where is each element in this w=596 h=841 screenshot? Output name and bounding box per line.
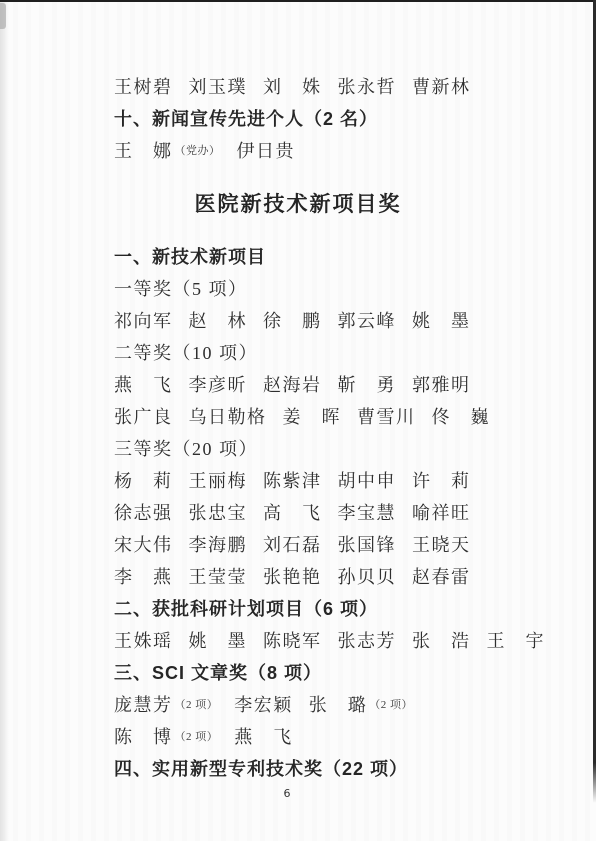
name-item: 王晓天	[412, 531, 471, 557]
person-name: 郭雅明	[412, 371, 471, 397]
names-row: 宋大伟李海鹏刘石磊张国锋王晓天	[114, 528, 556, 560]
name-note: （2 项）	[369, 696, 413, 712]
person-name: 佟 巍	[432, 403, 491, 429]
name-item: 曹雪川	[357, 403, 416, 429]
award-tier-label: 二等奖（10 项）	[114, 336, 556, 368]
name-item: 陈紫津	[263, 467, 322, 493]
name-item: 李彦昕	[189, 371, 248, 397]
name-item: 赵 林	[189, 307, 248, 333]
names-row: 祁向军赵 林徐 鹏郭云峰姚 墨	[114, 304, 556, 336]
person-name: 靳 勇	[338, 371, 397, 397]
scanned-document-page: 王树碧刘玉璞刘 姝张永哲曹新林十、新闻宣传先进个人（2 名）王 娜（党办）伊日贵…	[0, 0, 596, 841]
person-name: 曹雪川	[357, 403, 416, 429]
person-name: 张 璐	[309, 691, 368, 717]
scan-smudge	[0, 3, 6, 29]
person-name: 宋大伟	[114, 531, 173, 557]
name-item: 张志芳	[338, 627, 397, 653]
name-item: 王 宇	[487, 627, 546, 653]
person-name: 燕 飞	[234, 723, 293, 749]
name-item: 许 莉	[412, 467, 471, 493]
person-name: 陈 博	[114, 723, 173, 749]
person-name: 姚 墨	[189, 627, 248, 653]
document-body: 王树碧刘玉璞刘 姝张永哲曹新林十、新闻宣传先进个人（2 名）王 娜（党办）伊日贵…	[114, 70, 556, 784]
name-item: 伊日贵	[237, 137, 296, 163]
name-item: 燕 飞	[234, 723, 293, 749]
person-name: 王莹莹	[189, 563, 248, 589]
name-item: 郭雅明	[412, 371, 471, 397]
name-item: 庞慧芳（2 项）	[114, 691, 218, 717]
person-name: 胡中申	[338, 467, 397, 493]
name-item: 张忠宝	[189, 499, 248, 525]
page-number: 6	[0, 787, 585, 800]
person-name: 张广良	[114, 403, 173, 429]
names-row: 王 娜（党办）伊日贵	[114, 134, 556, 166]
name-item: 祁向军	[114, 307, 173, 333]
person-name: 张 浩	[412, 627, 471, 653]
name-item: 李 燕	[114, 563, 173, 589]
names-row: 杨 莉王丽梅陈紫津胡中申许 莉	[114, 464, 556, 496]
person-name: 王 宇	[487, 627, 546, 653]
name-item: 刘玉璞	[189, 73, 248, 99]
name-item: 胡中申	[338, 467, 397, 493]
person-name: 喻祥旺	[412, 499, 471, 525]
name-item: 李宏颖	[234, 691, 293, 717]
person-name: 孙贝贝	[338, 563, 397, 589]
person-name: 乌日勒格	[189, 403, 267, 429]
name-note: （党办）	[175, 142, 221, 158]
person-name: 刘 姝	[263, 73, 322, 99]
person-name: 姚 墨	[412, 307, 471, 333]
person-name: 赵海岩	[263, 371, 322, 397]
person-name: 曹新林	[412, 73, 471, 99]
name-item: 孙贝贝	[338, 563, 397, 589]
name-item: 张艳艳	[263, 563, 322, 589]
section-header: 三、SCI 文章奖（8 项）	[114, 656, 556, 688]
person-name: 王树碧	[114, 73, 173, 99]
name-item: 曹新林	[412, 73, 471, 99]
name-item: 王 娜（党办）	[114, 137, 221, 163]
name-item: 佟 巍	[432, 403, 491, 429]
name-item: 高 飞	[263, 499, 322, 525]
section-header-text: 一、新技术新项目	[114, 243, 266, 269]
person-name: 张艳艳	[263, 563, 322, 589]
person-name: 赵春雷	[412, 563, 471, 589]
person-name: 赵 林	[189, 307, 248, 333]
name-item: 姜 晖	[283, 403, 342, 429]
name-item: 燕 飞	[114, 371, 173, 397]
name-item: 靳 勇	[338, 371, 397, 397]
names-row: 庞慧芳（2 项）李宏颖张 璐（2 项）	[114, 688, 556, 720]
person-name: 王姝瑶	[114, 627, 173, 653]
person-name: 伊日贵	[237, 137, 296, 163]
section-header: 十、新闻宣传先进个人（2 名）	[114, 102, 556, 134]
award-tier-text: 三等奖（20 项）	[114, 435, 258, 461]
name-item: 姚 墨	[189, 627, 248, 653]
name-item: 赵春雷	[412, 563, 471, 589]
names-row: 张广良乌日勒格姜 晖曹雪川佟 巍	[114, 400, 556, 432]
section-header: 四、实用新型专利技术奖（22 项）	[114, 752, 556, 784]
section-header: 二、获批科研计划项目（6 项）	[114, 592, 556, 624]
person-name: 郭云峰	[338, 307, 397, 333]
name-note: （2 项）	[175, 728, 219, 744]
name-item: 喻祥旺	[412, 499, 471, 525]
person-name: 张志芳	[338, 627, 397, 653]
person-name: 陈晓军	[263, 627, 322, 653]
name-item: 宋大伟	[114, 531, 173, 557]
document-title-row: 医院新技术新项目奖	[0, 166, 596, 240]
name-item: 徐志强	[114, 499, 173, 525]
person-name: 李海鹏	[189, 531, 248, 557]
names-row: 李 燕王莹莹张艳艳孙贝贝赵春雷	[114, 560, 556, 592]
name-item: 姚 墨	[412, 307, 471, 333]
names-row: 燕 飞李彦昕赵海岩靳 勇郭雅明	[114, 368, 556, 400]
person-name: 李彦昕	[189, 371, 248, 397]
names-row: 徐志强张忠宝高 飞李宝慧喻祥旺	[114, 496, 556, 528]
section-header-text: 二、获批科研计划项目（6 项）	[114, 595, 378, 621]
name-item: 张 浩	[412, 627, 471, 653]
award-tier-text: 二等奖（10 项）	[114, 339, 258, 365]
person-name: 燕 飞	[114, 371, 173, 397]
name-item: 张广良	[114, 403, 173, 429]
section-header-text: 四、实用新型专利技术奖（22 项）	[114, 755, 408, 781]
names-row: 王树碧刘玉璞刘 姝张永哲曹新林	[114, 70, 556, 102]
award-tier-label: 三等奖（20 项）	[114, 432, 556, 464]
name-item: 杨 莉	[114, 467, 173, 493]
name-item: 徐 鹏	[263, 307, 322, 333]
person-name: 李宝慧	[338, 499, 397, 525]
person-name: 张国锋	[338, 531, 397, 557]
person-name: 徐志强	[114, 499, 173, 525]
person-name: 李 燕	[114, 563, 173, 589]
person-name: 刘玉璞	[189, 73, 248, 99]
names-row: 陈 博（2 项）燕 飞	[114, 720, 556, 752]
person-name: 李宏颖	[234, 691, 293, 717]
name-item: 陈晓军	[263, 627, 322, 653]
name-item: 李海鹏	[189, 531, 248, 557]
person-name: 刘石磊	[263, 531, 322, 557]
names-row: 王姝瑶姚 墨陈晓军张志芳张 浩王 宇	[114, 624, 556, 656]
person-name: 王晓天	[412, 531, 471, 557]
name-item: 陈 博（2 项）	[114, 723, 218, 749]
person-name: 姜 晖	[283, 403, 342, 429]
name-item: 郭云峰	[338, 307, 397, 333]
section-header-text: 三、SCI 文章奖（8 项）	[114, 659, 322, 685]
scan-edge-top	[0, 0, 596, 2]
person-name: 陈紫津	[263, 467, 322, 493]
person-name: 徐 鹏	[263, 307, 322, 333]
name-item: 张 璐（2 项）	[309, 691, 413, 717]
person-name: 张永哲	[338, 73, 397, 99]
section-header: 一、新技术新项目	[114, 240, 556, 272]
award-tier-text: 一等奖（5 项）	[114, 275, 248, 301]
name-item: 刘 姝	[263, 73, 322, 99]
award-tier-label: 一等奖（5 项）	[114, 272, 556, 304]
name-item: 王丽梅	[189, 467, 248, 493]
name-item: 刘石磊	[263, 531, 322, 557]
person-name: 许 莉	[412, 467, 471, 493]
person-name: 张忠宝	[189, 499, 248, 525]
document-title: 医院新技术新项目奖	[195, 188, 402, 218]
person-name: 王 娜	[114, 137, 173, 163]
person-name: 王丽梅	[189, 467, 248, 493]
name-item: 乌日勒格	[189, 403, 267, 429]
name-item: 王姝瑶	[114, 627, 173, 653]
name-note: （2 项）	[175, 696, 219, 712]
section-header-text: 十、新闻宣传先进个人（2 名）	[114, 105, 378, 131]
name-item: 李宝慧	[338, 499, 397, 525]
scan-edge-left	[0, 0, 9, 841]
person-name: 杨 莉	[114, 467, 173, 493]
name-item: 王树碧	[114, 73, 173, 99]
person-name: 高 飞	[263, 499, 322, 525]
name-item: 赵海岩	[263, 371, 322, 397]
person-name: 祁向军	[114, 307, 173, 333]
name-item: 王莹莹	[189, 563, 248, 589]
name-item: 张永哲	[338, 73, 397, 99]
name-item: 张国锋	[338, 531, 397, 557]
person-name: 庞慧芳	[114, 691, 173, 717]
